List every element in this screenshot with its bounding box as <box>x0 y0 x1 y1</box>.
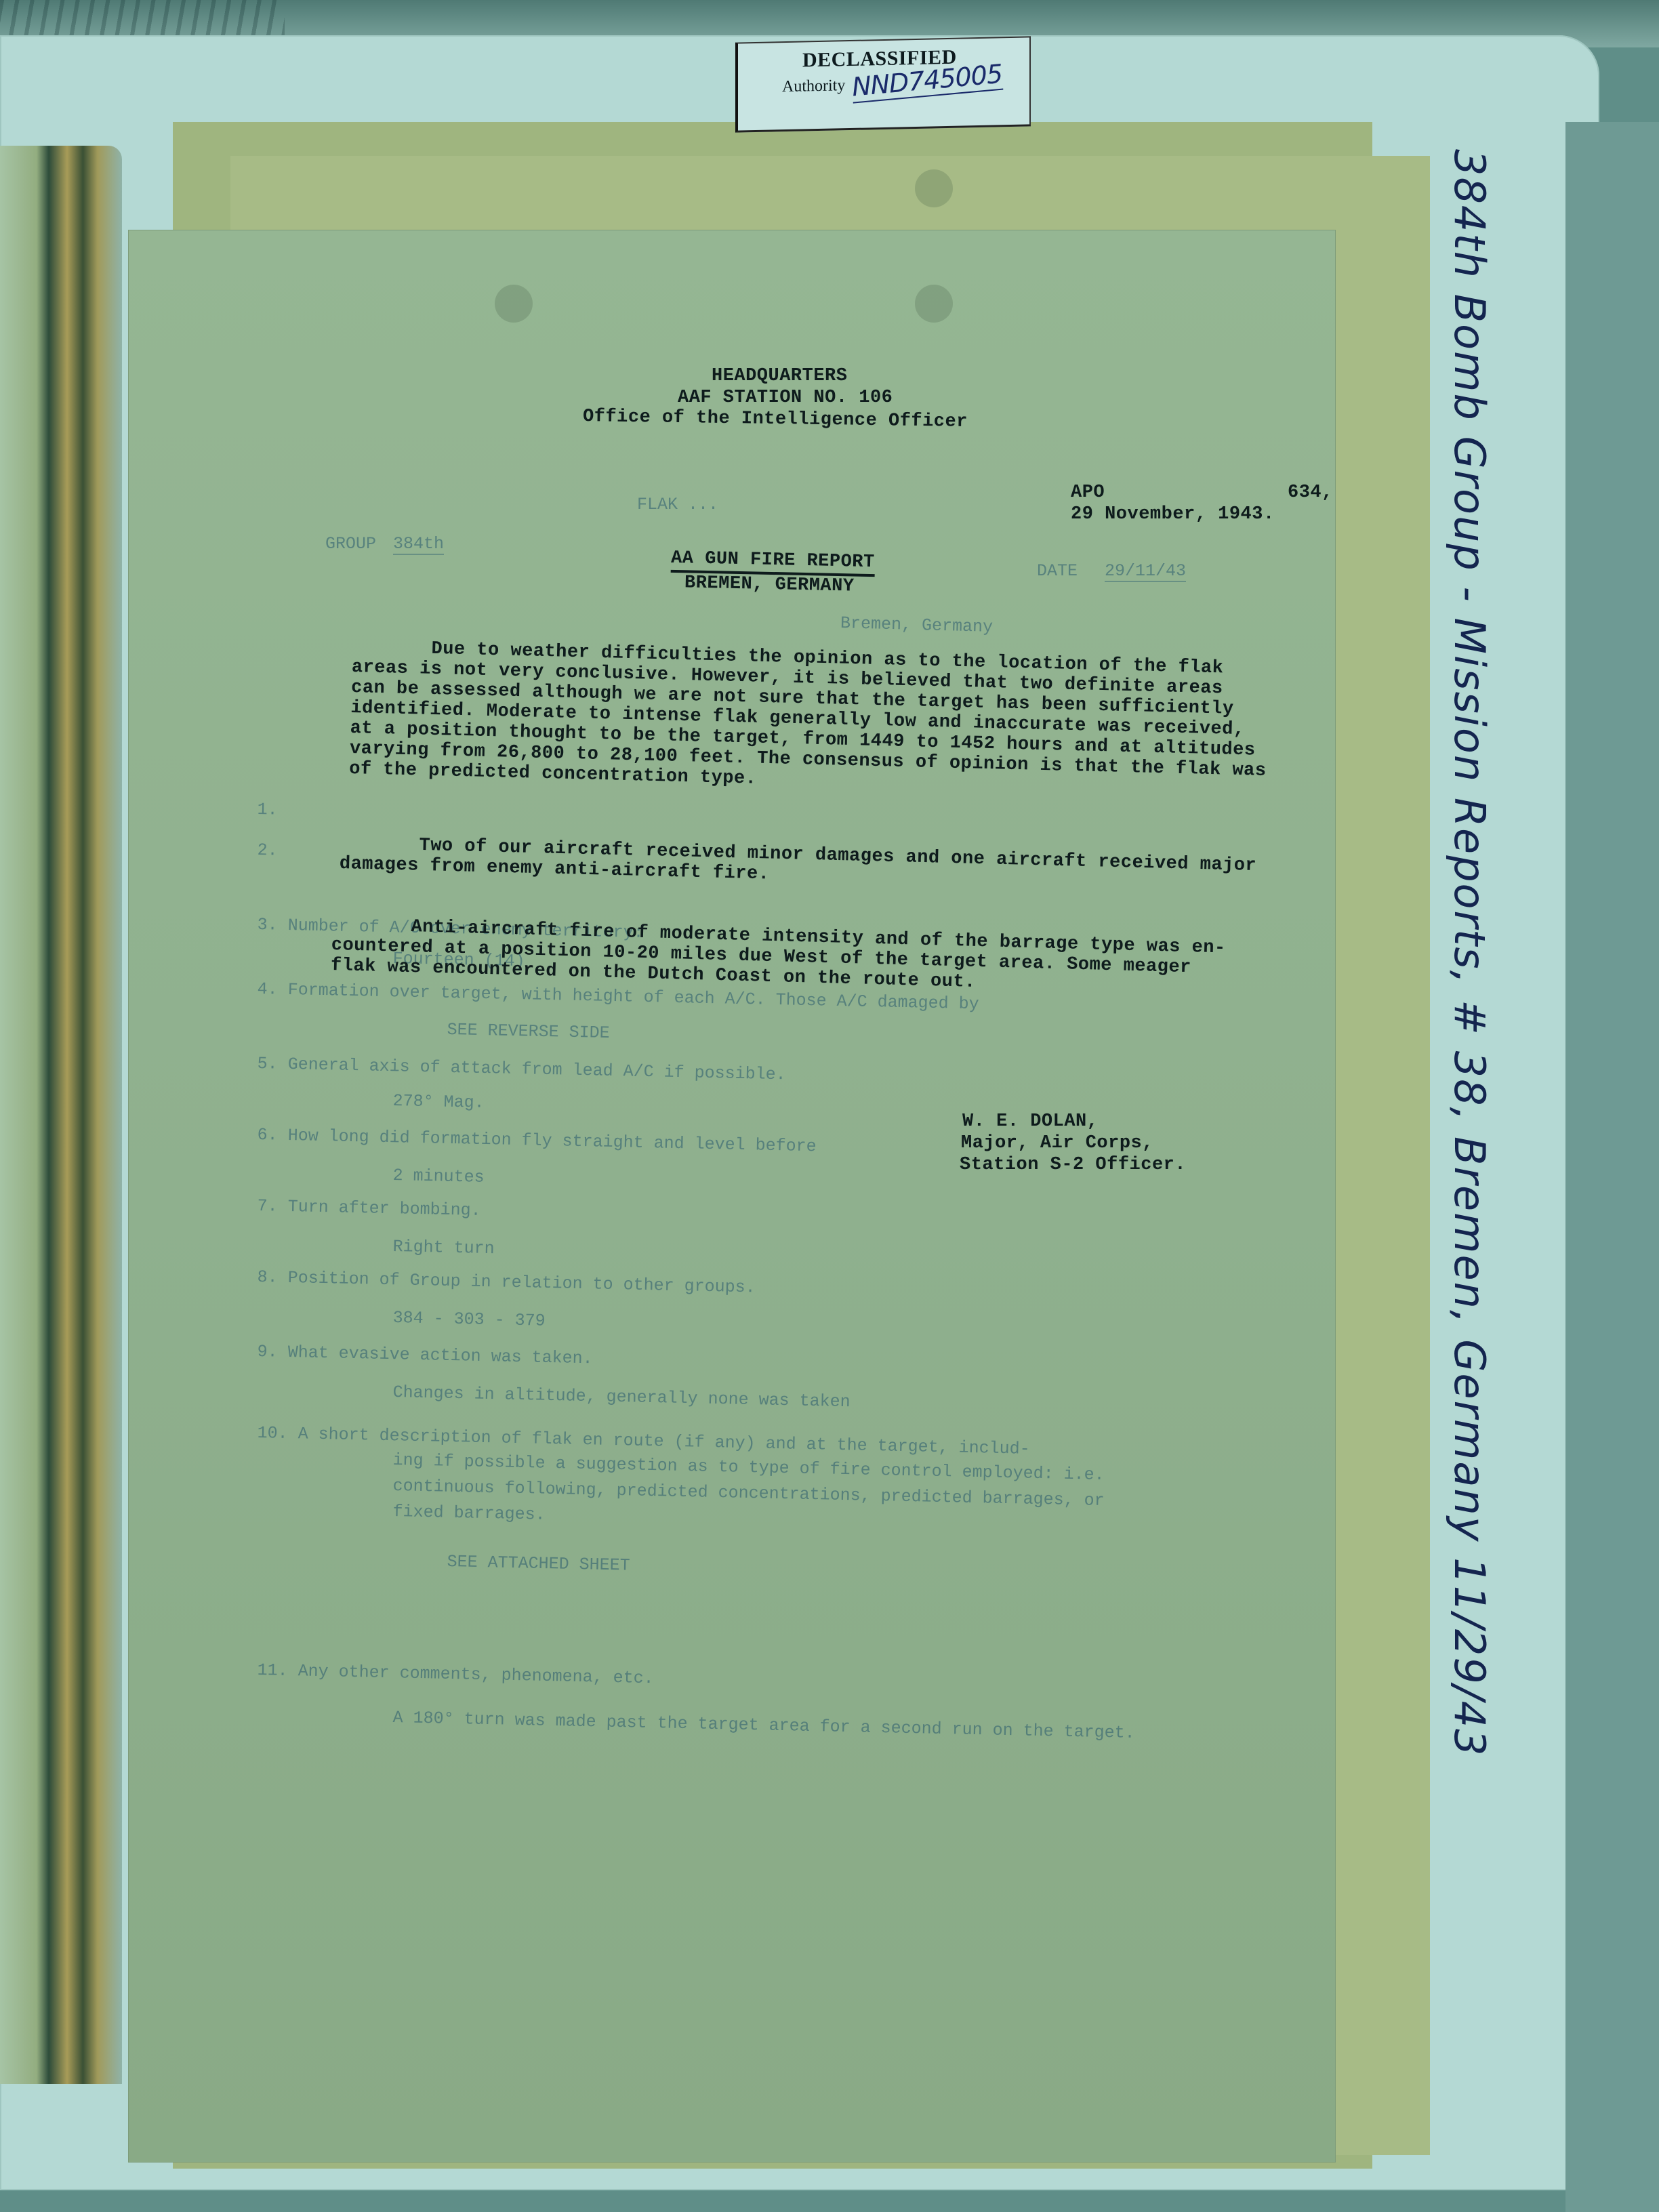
folder-edge <box>1565 122 1659 2212</box>
form-item-text: General axis of attack from lead A/C if … <box>287 1054 786 1084</box>
background-scribble <box>0 0 285 41</box>
form-item-text: What evasive action was taken. <box>287 1343 593 1368</box>
document-page: FLAK ... GROUP 384th DATE 29/11/43 Breme… <box>129 230 1335 2162</box>
punch-hole <box>915 169 953 207</box>
form-item: 6. How long did formation fly straight a… <box>257 1125 817 1156</box>
form-date-value: 29/11/43 <box>1105 561 1186 582</box>
report-title: AA GUN FIRE REPORT <box>671 548 875 577</box>
group-value: 384th <box>393 534 444 555</box>
form-item: 2 minutes <box>392 1166 485 1187</box>
form-item: 278° Mag. <box>392 1091 485 1113</box>
form-item-text: Turn after bombing. <box>287 1197 481 1221</box>
form-item-text: Changes in altitude, generally none was … <box>392 1382 851 1412</box>
signature-title: Station S-2 Officer. <box>960 1155 1186 1175</box>
form-item-number: 6. <box>257 1125 288 1145</box>
punch-hole <box>915 285 953 323</box>
handwritten-folder-note: 384th Bomb Group - Mission Reports, # 38… <box>1445 149 1494 1674</box>
declassified-stamp: DECLASSIFIED Authority NND745005 <box>735 36 1031 132</box>
form-item: 9. What evasive action was taken. <box>257 1342 593 1368</box>
form-item: 8. Position of Group in relation to othe… <box>257 1267 756 1297</box>
form-item-number: 9. <box>257 1342 288 1362</box>
adjacent-document-stack <box>0 146 122 2084</box>
paragraph-damages: Two of our aircraft received minor damag… <box>340 834 1257 897</box>
form-item: 7. Turn after bombing. <box>257 1196 481 1221</box>
stamp-authority-label: Authority <box>782 77 845 96</box>
form-item: A 180° turn was made past the target are… <box>392 1708 1135 1743</box>
form-item-number: 5. <box>257 1054 288 1074</box>
form-item-text: How long did formation fly straight and … <box>287 1126 817 1156</box>
form-item: SEE ATTACHED SHEET <box>447 1552 630 1576</box>
form-item-number: 8. <box>257 1267 288 1288</box>
memo-header-line3: Office of the Intelligence Officer <box>583 407 968 432</box>
form-label: FLAK ... <box>637 495 718 514</box>
form-item: 10. A short description of flak en route… <box>257 1423 1030 1459</box>
form-item-number: 3. <box>257 915 288 935</box>
form-date-label: DATE <box>1037 561 1078 581</box>
form-item: 1. <box>257 800 278 820</box>
form-item-text: Position of Group in relation to other g… <box>287 1268 756 1297</box>
memo-date: 29 November, 1943. <box>1071 504 1275 525</box>
form-item: 5. General axis of attack from lead A/C … <box>257 1054 786 1084</box>
form-item-number: 1. <box>257 800 278 820</box>
form-item-text: 2 minutes <box>392 1166 485 1187</box>
form-item-text: SEE ATTACHED SHEET <box>447 1552 630 1576</box>
form-item: SEE REVERSE SIDE <box>447 1020 610 1043</box>
punch-hole <box>495 285 533 323</box>
form-item-number: 7. <box>257 1196 288 1216</box>
form-target-value: Bremen, Germany <box>840 613 994 637</box>
form-item-number: 11. <box>257 1660 298 1681</box>
form-item-text: A 180° turn was made past the target are… <box>392 1708 1135 1743</box>
form-item: 2. <box>257 840 278 861</box>
group-label: GROUP <box>325 534 376 554</box>
memo-header-line2: AAF STATION NO. 106 <box>678 388 893 408</box>
signature-rank: Major, Air Corps, <box>961 1133 1153 1153</box>
form-item-number: 4. <box>257 979 288 1000</box>
form-item: Changes in altitude, generally none was … <box>392 1382 851 1412</box>
form-item-text: 384 - 303 - 379 <box>392 1308 546 1331</box>
form-item-number: 10. <box>257 1423 298 1443</box>
form-item: 11. Any other comments, phenomena, etc. <box>257 1660 654 1688</box>
form-item-text: fixed barrages. <box>392 1502 546 1525</box>
form-item-text: Any other comments, phenomena, etc. <box>298 1661 654 1688</box>
signature-name: W. E. DOLAN, <box>962 1111 1098 1132</box>
form-item-number: 2. <box>257 840 278 861</box>
form-item-text: 278° Mag. <box>392 1091 485 1113</box>
memo-header-line1: HEADQUARTERS <box>712 366 847 386</box>
form-item: fixed barrages. <box>392 1502 546 1525</box>
paragraph-flak-location: Due to weather difficulties the opinion … <box>349 637 1269 802</box>
form-item-text: SEE REVERSE SIDE <box>447 1020 610 1043</box>
apo-label: APO <box>1071 483 1105 503</box>
report-subtitle: BREMEN, GERMANY <box>684 573 855 596</box>
apo-number: 634, <box>1288 483 1333 503</box>
form-item: Right turn <box>392 1237 495 1258</box>
form-item-text: Right turn <box>392 1237 495 1258</box>
form-item: 384 - 303 - 379 <box>392 1308 546 1331</box>
